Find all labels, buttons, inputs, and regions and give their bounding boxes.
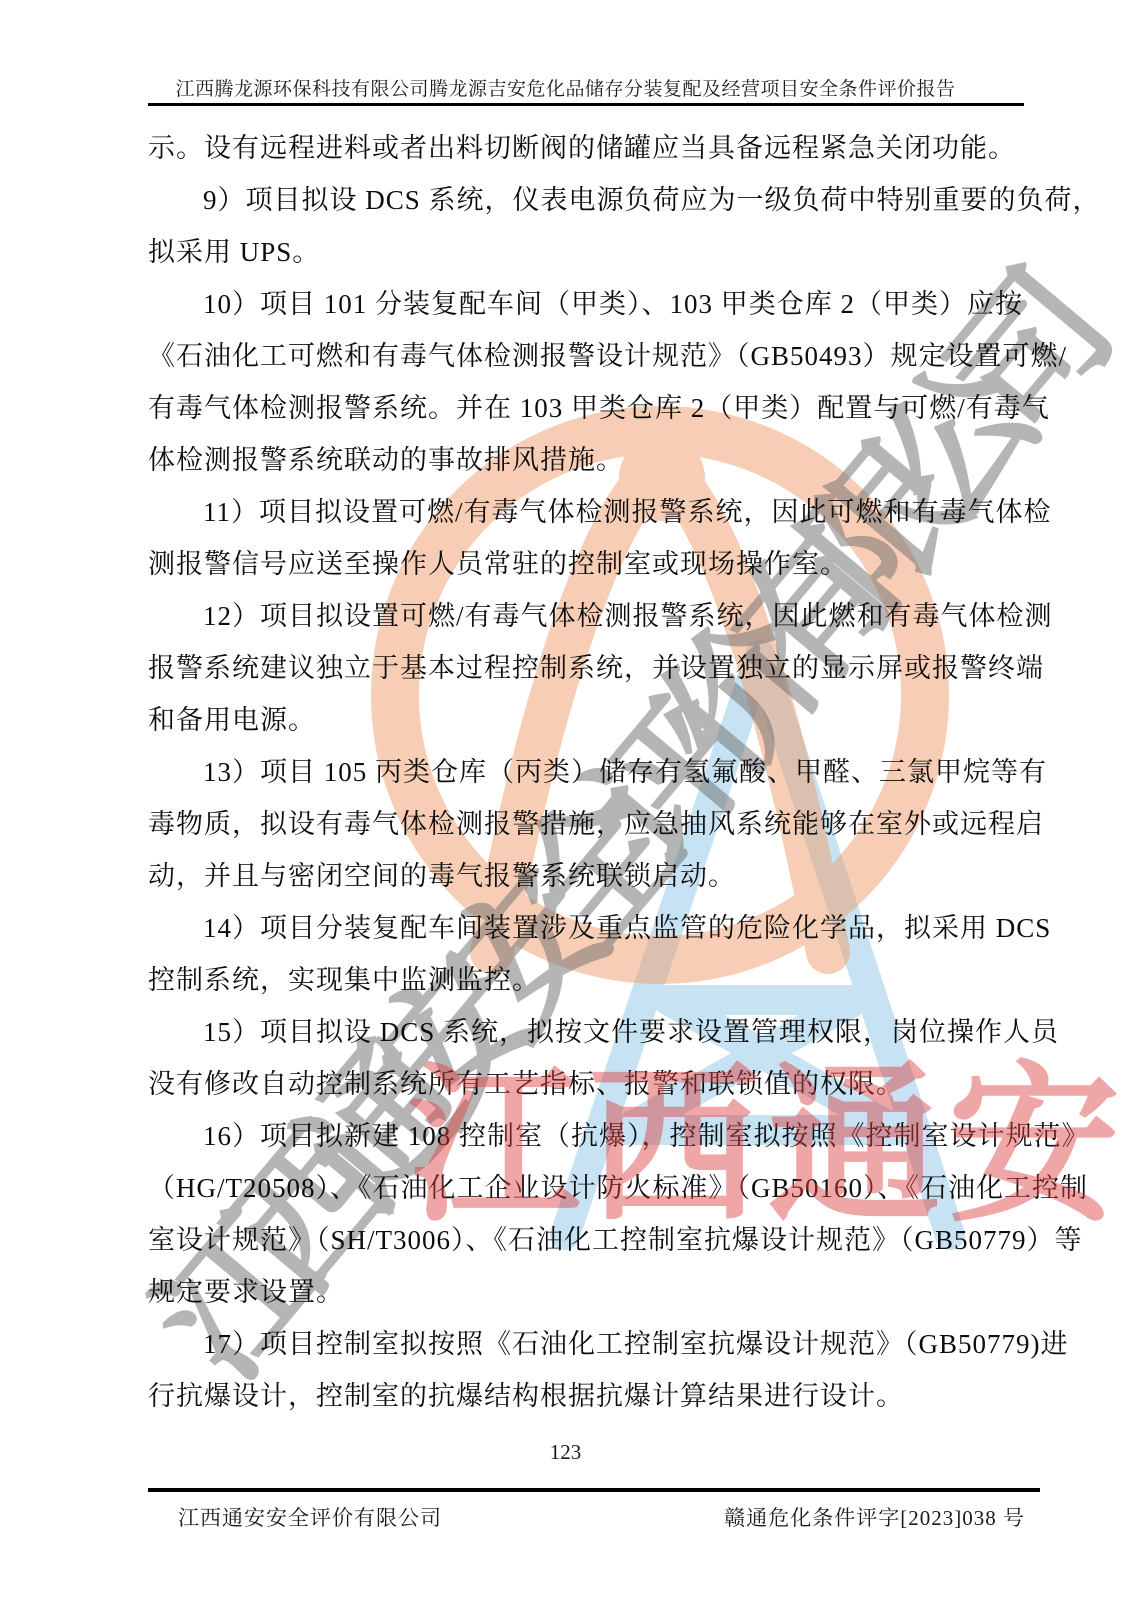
- document-page: 江西通安安全评价有限公司 江西腾龙源环保科技有限公司腾龙源吉安危化品储存分装复配…: [0, 0, 1131, 1600]
- body-text-line: 测报警信号应送至操作人员常驻的控制室或现场操作室。: [148, 538, 1034, 590]
- header-rule: [148, 103, 1024, 106]
- body-text-line: 13）项目 105 丙类仓库（丙类）储存有氢氟酸、甲醛、三氯甲烷等有: [148, 746, 1034, 798]
- footer-company-name: 江西通安安全评价有限公司: [178, 1502, 442, 1532]
- report-header-title: 江西腾龙源环保科技有限公司腾龙源吉安危化品储存分装复配及经营项目安全条件评价报告: [0, 74, 1131, 101]
- footer-document-number: 赣通危化条件评字[2023]038 号: [724, 1502, 1025, 1532]
- body-text-line: 9）项目拟设 DCS 系统，仪表电源负荷应为一级负荷中特别重要的负荷，: [148, 174, 1034, 226]
- body-text-line: 和备用电源。: [148, 694, 1034, 746]
- page-number: 123: [0, 1440, 1131, 1465]
- footer-rule: [148, 1488, 1040, 1492]
- body-text-line: 10）项目 101 分装复配车间（甲类）、103 甲类仓库 2（甲类）应按: [148, 278, 1034, 330]
- body-text-line: 报警系统建议独立于基本过程控制系统，并设置独立的显示屏或报警终端: [148, 642, 1034, 694]
- body-text-line: 11）项目拟设置可燃/有毒气体检测报警系统，因此可燃和有毒气体检: [148, 486, 1034, 538]
- body-text-line: 没有修改自动控制系统所有工艺指标、报警和联锁值的权限。: [148, 1058, 1034, 1110]
- body-text-line: 体检测报警系统联动的事故排风措施。: [148, 434, 1034, 486]
- body-text-line: 规定要求设置。: [148, 1266, 1034, 1318]
- body-text-line: 14）项目分装复配车间装置涉及重点监管的危险化学品，拟采用 DCS: [148, 902, 1034, 954]
- body-text-line: 17）项目控制室拟按照《石油化工控制室抗爆设计规范》（GB50779)进: [148, 1318, 1034, 1370]
- body-text-line: 室设计规范》（SH/T3006）、《石油化工控制室抗爆设计规范》（GB50779…: [148, 1214, 1034, 1266]
- report-body-text: 示。设有远程进料或者出料切断阀的储罐应当具备远程紧急关闭功能。9）项目拟设 DC…: [148, 122, 1034, 1422]
- body-text-line: 15）项目拟设 DCS 系统，拟按文件要求设置管理权限，岗位操作人员: [148, 1006, 1034, 1058]
- body-text-line: 示。设有远程进料或者出料切断阀的储罐应当具备远程紧急关闭功能。: [148, 122, 1034, 174]
- body-text-line: 拟采用 UPS。: [148, 226, 1034, 278]
- body-text-line: 《石油化工可燃和有毒气体检测报警设计规范》（GB50493）规定设置可燃/: [148, 330, 1034, 382]
- body-text-line: （HG/T20508）、《石油化工企业设计防火标准》（GB50160）、《石油化…: [148, 1162, 1034, 1214]
- body-text-line: 动，并且与密闭空间的毒气报警系统联锁启动。: [148, 850, 1034, 902]
- body-text-line: 12）项目拟设置可燃/有毒气体检测报警系统，因此燃和有毒气体检测: [148, 590, 1034, 642]
- body-text-line: 16）项目拟新建 108 控制室（抗爆），控制室拟按照《控制室设计规范》: [148, 1110, 1034, 1162]
- body-text-line: 行抗爆设计，控制室的抗爆结构根据抗爆计算结果进行设计。: [148, 1370, 1034, 1422]
- body-text-line: 有毒气体检测报警系统。并在 103 甲类仓库 2（甲类）配置与可燃/有毒气: [148, 382, 1034, 434]
- body-text-line: 控制系统，实现集中监测监控。: [148, 954, 1034, 1006]
- body-text-line: 毒物质，拟设有毒气体检测报警措施，应急抽风系统能够在室外或远程启: [148, 798, 1034, 850]
